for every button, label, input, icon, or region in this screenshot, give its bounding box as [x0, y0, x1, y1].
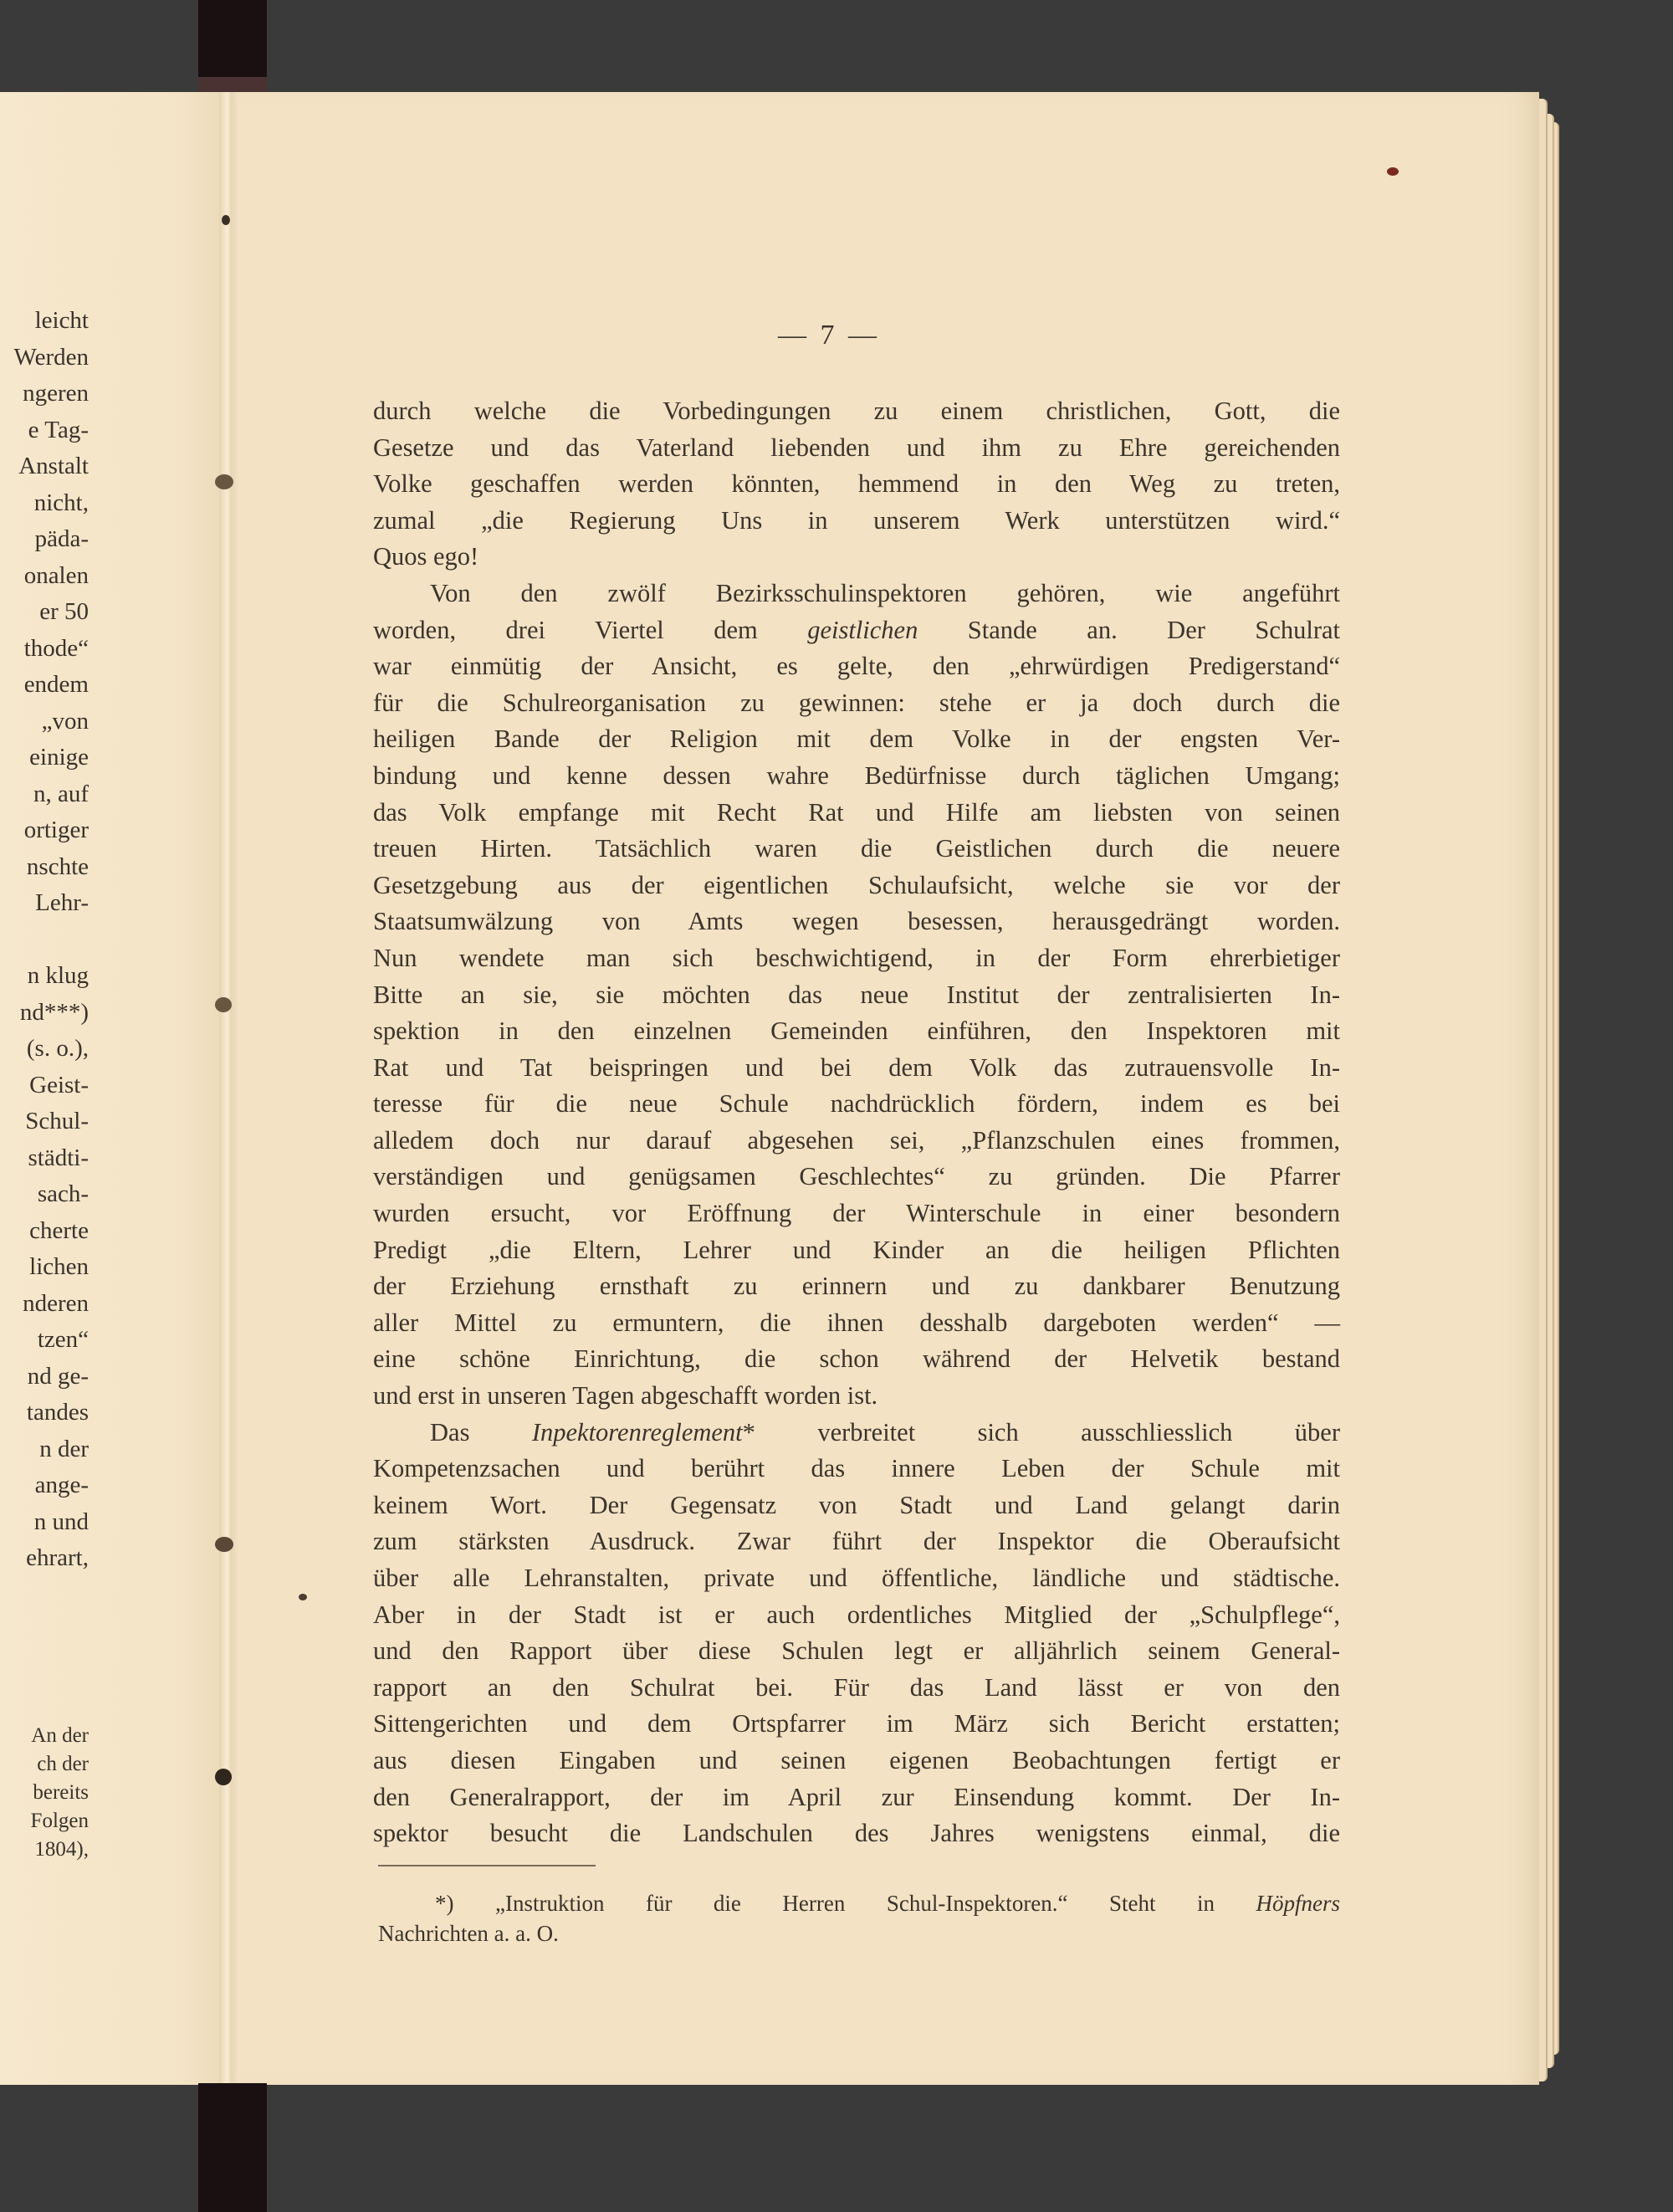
text-line: Das Inpektorenreglement* verbreitet sich…	[373, 1415, 1340, 1452]
left-page-line: Anstalt	[0, 448, 89, 485]
text-line: heiligen Bande der Religion mit dem Volk…	[373, 721, 1340, 758]
text-line-content: wurden ersucht, vor Eröffnung der Winter…	[373, 1196, 1340, 1232]
left-footnote-line: ch der	[0, 1750, 89, 1779]
text-line-content: Quos ego!	[373, 539, 1340, 576]
text-line-content: keinem Wort. Der Gegensatz von Stadt und…	[373, 1487, 1340, 1524]
text-line: für die Schulreorganisation zu gewinnen:…	[373, 685, 1340, 722]
text-line-content: rapport an den Schulrat bei. Für das Lan…	[373, 1670, 1340, 1707]
left-page: leichtWerdenngerene Tag-Anstaltnicht,päd…	[0, 92, 224, 2085]
footnote-line: Nachrichten a. a. O.	[378, 1918, 1340, 1948]
binding-band-top	[198, 0, 267, 94]
ink-speck	[299, 1594, 307, 1600]
text-line: treuen Hirten. Tatsächlich waren die Gei…	[373, 831, 1340, 868]
text-line: Rat und Tat beispringen und bei dem Volk…	[373, 1050, 1340, 1087]
text-line-content: alledem doch nur darauf abgesehen sei, „…	[373, 1123, 1340, 1160]
left-page-line: lichen	[0, 1249, 89, 1286]
body-text: durch welche die Vorbedingungen zu einem…	[373, 393, 1340, 1852]
text-run: Das	[430, 1418, 532, 1447]
text-line-content: aller Mittel zu ermuntern, die ihnen des…	[373, 1305, 1340, 1342]
text-run: worden, drei Viertel dem	[373, 616, 807, 644]
left-page-line: (s. o.),	[0, 1031, 89, 1068]
text-run: * verbreitet sich ausschliesslich über	[743, 1418, 1340, 1447]
text-line-content: Das Inpektorenreglement* verbreitet sich…	[430, 1415, 1340, 1452]
left-page-line: e Tag-	[0, 412, 89, 449]
left-page-line	[0, 922, 89, 959]
text-line-content: verständigen und genügsamen Geschlechtes…	[373, 1159, 1340, 1196]
text-line: spektor besucht die Landschulen des Jahr…	[373, 1815, 1340, 1852]
footnote: *) „Instruktion für die Herren Schul-Ins…	[378, 1888, 1340, 1948]
text-line: Aber in der Stadt ist er auch ordentlich…	[373, 1597, 1340, 1634]
text-line: bindung und kenne dessen wahre Bedürfnis…	[373, 758, 1340, 795]
text-line: das Volk empfange mit Recht Rat und Hilf…	[373, 795, 1340, 832]
text-line-content: und den Rapport über diese Schulen legt …	[373, 1633, 1340, 1670]
binding-thread-hole	[215, 1537, 233, 1552]
text-line-content: Gesetze und das Vaterland liebenden und …	[373, 430, 1340, 467]
text-line-content: Nun wendete man sich beschwichtigend, in…	[373, 940, 1340, 977]
text-line-content: Aber in der Stadt ist er auch ordentlich…	[373, 1597, 1340, 1634]
left-page-line: einige	[0, 740, 89, 776]
binding-thread-hole	[215, 997, 232, 1012]
left-page-line: n, auf	[0, 776, 89, 813]
text-line-content: den Generalrapport, der im April zur Ein…	[373, 1779, 1340, 1816]
left-page-line: leicht	[0, 303, 89, 340]
left-page-line: ortiger	[0, 812, 89, 849]
red-ink-speck	[1387, 167, 1399, 176]
left-page-line: sach-	[0, 1176, 89, 1213]
left-page-footnote-fragment: An derch derbereitsFolgen1804),	[0, 1722, 89, 1864]
footnote-rule	[378, 1865, 596, 1866]
left-page-line: nschte	[0, 849, 89, 886]
binding-thread-hole	[215, 1769, 232, 1785]
text-line-content: bindung und kenne dessen wahre Bedürfnis…	[373, 758, 1340, 795]
binding-band-bottom	[198, 2083, 267, 2212]
text-line: keinem Wort. Der Gegensatz von Stadt und…	[373, 1487, 1340, 1524]
left-page-line: onalen	[0, 558, 89, 595]
text-line-content: für die Schulreorganisation zu gewinnen:…	[373, 685, 1340, 722]
left-page-line: n und	[0, 1504, 89, 1541]
left-page-line: n der	[0, 1431, 89, 1468]
text-line-content: zum stärksten Ausdruck. Zwar führt der I…	[373, 1523, 1340, 1560]
text-line: spektion in den einzelnen Gemeinden einf…	[373, 1013, 1340, 1050]
text-line: wurden ersucht, vor Eröffnung der Winter…	[373, 1196, 1340, 1232]
text-line: Kompetenzsachen und berührt das innere L…	[373, 1451, 1340, 1487]
left-page-line: tandes	[0, 1395, 89, 1431]
left-footnote-line: 1804),	[0, 1836, 89, 1864]
text-line-content: Predigt „die Eltern, Lehrer und Kinder a…	[373, 1232, 1340, 1269]
text-line: aus diesen Eingaben und seinen eigenen B…	[373, 1743, 1340, 1779]
text-line: Volke geschaffen werden könnten, hemmend…	[373, 466, 1340, 503]
text-line-content: über alle Lehranstalten, private und öff…	[373, 1560, 1340, 1597]
text-line-content: das Volk empfange mit Recht Rat und Hilf…	[373, 795, 1340, 832]
text-line-content: teresse für die neue Schule nachdrücklic…	[373, 1086, 1340, 1123]
text-line: Gesetze und das Vaterland liebenden und …	[373, 430, 1340, 467]
book-spread: leichtWerdenngerene Tag-Anstaltnicht,päd…	[0, 92, 1548, 2085]
text-line: der Erziehung ernsthaft zu erinnern und …	[373, 1268, 1340, 1305]
emphasis-run: geistlichen	[807, 616, 918, 644]
page-number: — 7 —	[778, 320, 880, 351]
text-line: rapport an den Schulrat bei. Für das Lan…	[373, 1670, 1340, 1707]
left-page-line: städti-	[0, 1140, 89, 1177]
left-page-line: „von	[0, 704, 89, 740]
left-page-line: Schul-	[0, 1103, 89, 1140]
left-page-line: ehrart,	[0, 1540, 89, 1577]
text-line-content: eine schöne Einrichtung, die schon währe…	[373, 1341, 1340, 1378]
left-page-line: n klug	[0, 958, 89, 995]
left-footnote-line: An der	[0, 1722, 89, 1750]
left-footnote-line: Folgen	[0, 1807, 89, 1836]
left-page-line: cherte	[0, 1213, 89, 1250]
left-page-line: nicht,	[0, 485, 89, 522]
text-line: verständigen und genügsamen Geschlechtes…	[373, 1159, 1340, 1196]
text-line-content: Bitte an sie, sie möchten das neue Insti…	[373, 977, 1340, 1014]
left-page-line: nd***)	[0, 995, 89, 1032]
text-line-content: und erst in unseren Tagen abgeschafft wo…	[373, 1378, 1340, 1415]
text-line-content: aus diesen Eingaben und seinen eigenen B…	[373, 1743, 1340, 1779]
left-page-line: tzen“	[0, 1322, 89, 1359]
text-line: und den Rapport über diese Schulen legt …	[373, 1633, 1340, 1670]
text-line-content: Rat und Tat beispringen und bei dem Volk…	[373, 1050, 1340, 1087]
text-line-content: spektor besucht die Landschulen des Jahr…	[373, 1815, 1340, 1852]
text-line: Von den zwölf Bezirksschulinspektoren ge…	[373, 576, 1340, 612]
text-line: zumal „die Regierung Uns in unserem Werk…	[373, 503, 1340, 540]
footnote-line: *) „Instruktion für die Herren Schul-Ins…	[378, 1888, 1340, 1918]
text-line: Predigt „die Eltern, Lehrer und Kinder a…	[373, 1232, 1340, 1269]
left-page-line: ngeren	[0, 376, 89, 412]
text-line: aller Mittel zu ermuntern, die ihnen des…	[373, 1305, 1340, 1342]
left-page-line: Geist-	[0, 1068, 89, 1104]
left-page-line: ange-	[0, 1467, 89, 1504]
emphasis-run: Inpektorenreglement	[532, 1418, 743, 1447]
text-line: Nun wendete man sich beschwichtigend, in…	[373, 940, 1340, 977]
text-line: teresse für die neue Schule nachdrücklic…	[373, 1086, 1340, 1123]
footnote-emphasis: Höpfners	[1256, 1891, 1341, 1916]
text-line: Sittengerichten und dem Ortspfarrer im M…	[373, 1706, 1340, 1743]
left-page-text-fragment: leichtWerdenngerene Tag-Anstaltnicht,päd…	[0, 303, 89, 1577]
text-line: den Generalrapport, der im April zur Ein…	[373, 1779, 1340, 1816]
text-line-content: durch welche die Vorbedingungen zu einem…	[373, 393, 1340, 430]
text-line-content: Staatsumwälzung von Amts wegen besessen,…	[373, 904, 1340, 940]
left-footnote-line: bereits	[0, 1779, 89, 1807]
text-line-content: der Erziehung ernsthaft zu erinnern und …	[373, 1268, 1340, 1305]
text-line-content: treuen Hirten. Tatsächlich waren die Gei…	[373, 831, 1340, 868]
text-line-content: Von den zwölf Bezirksschulinspektoren ge…	[430, 576, 1340, 612]
binding-thread-hole	[215, 474, 233, 489]
text-line: worden, drei Viertel dem geistlichen Sta…	[373, 612, 1340, 649]
left-page-line: thode“	[0, 631, 89, 668]
text-line: durch welche die Vorbedingungen zu einem…	[373, 393, 1340, 430]
text-line: eine schöne Einrichtung, die schon währe…	[373, 1341, 1340, 1378]
ink-speck	[222, 215, 230, 225]
text-line-content: Kompetenzsachen und berührt das innere L…	[373, 1451, 1340, 1487]
text-line-content: war einmütig der Ansicht, es gelte, den …	[373, 648, 1340, 685]
left-page-line: Werden	[0, 340, 89, 376]
text-line: Quos ego!	[373, 539, 1340, 576]
text-line: Gesetzgebung aus der eigentlichen Schula…	[373, 868, 1340, 904]
left-page-line: er 50	[0, 594, 89, 631]
text-line-content: zumal „die Regierung Uns in unserem Werk…	[373, 503, 1340, 540]
gutter-fold	[219, 92, 239, 2085]
text-line-content: Gesetzgebung aus der eigentlichen Schula…	[373, 868, 1340, 904]
left-page-line: Lehr-	[0, 885, 89, 922]
text-line-content: Volke geschaffen werden könnten, hemmend…	[373, 466, 1340, 503]
left-page-line: nd ge-	[0, 1359, 89, 1395]
text-line-content: Sittengerichten und dem Ortspfarrer im M…	[373, 1706, 1340, 1743]
text-line: zum stärksten Ausdruck. Zwar führt der I…	[373, 1523, 1340, 1560]
left-page-line: endem	[0, 667, 89, 704]
left-page-line: päda-	[0, 521, 89, 558]
text-line: war einmütig der Ansicht, es gelte, den …	[373, 648, 1340, 685]
text-line-content: spektion in den einzelnen Gemeinden einf…	[373, 1013, 1340, 1050]
text-line: alledem doch nur darauf abgesehen sei, „…	[373, 1123, 1340, 1160]
text-line: und erst in unseren Tagen abgeschafft wo…	[373, 1378, 1340, 1415]
text-line-content: worden, drei Viertel dem geistlichen Sta…	[373, 612, 1340, 649]
text-line: Bitte an sie, sie möchten das neue Insti…	[373, 977, 1340, 1014]
text-line-content: heiligen Bande der Religion mit dem Volk…	[373, 721, 1340, 758]
text-line: Staatsumwälzung von Amts wegen besessen,…	[373, 904, 1340, 940]
text-run: Stande an. Der Schulrat	[918, 616, 1340, 644]
text-line: über alle Lehranstalten, private und öff…	[373, 1560, 1340, 1597]
left-page-line: nderen	[0, 1286, 89, 1323]
